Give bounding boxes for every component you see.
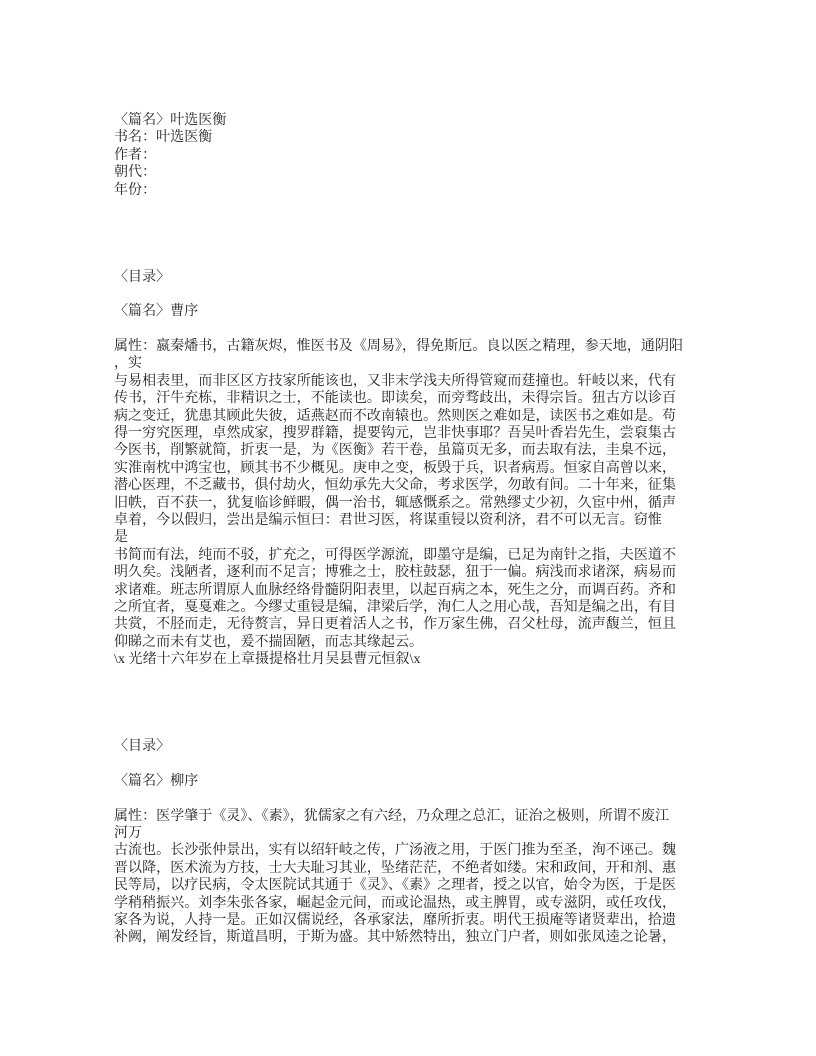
- text-line: 旧帙，百不获一，犹复临诊鲜暇，偶一治书，辄感慨系之。常熟缪丈少初，久宦中州，循声: [114, 495, 710, 512]
- text-line: 年份：: [114, 182, 710, 199]
- text-line: 明久矣。浅陋者，逐利而不足言；博雅之士，胶柱鼓瑟，狃于一偏。病浅而求诸深，病易而: [114, 564, 710, 581]
- text-line: 传书，汗牛充栋，非精识之士，不能读也。即读矣，而旁骛歧出，未得宗旨。狃古方以诊百: [114, 390, 710, 407]
- text-line: [114, 790, 710, 807]
- text-line: 补阙，阐发经旨，斯道昌明，于斯为盛。其中矫然特出，独立门户者，则如张凤逵之论暑，: [114, 929, 710, 946]
- text-line: 实淮南枕中鸿宝也，顾其书不少概见。庚申之变，板毁于兵，识者病焉。恒家自高曾以来，: [114, 460, 710, 477]
- text-line: [114, 703, 710, 720]
- text-line: 与易相表里，而非区区方技家所能该也，又非末学浅夫所得管窥而莛撞也。轩岐以来，代有: [114, 373, 710, 390]
- text-line: [114, 321, 710, 338]
- text-line: 〈目录〉: [114, 738, 710, 755]
- text-line: 得一穷究医理，卓然成家，搜罗群籍，提要钩元，岂非快事耶？吾吴叶香岩先生，尝裒集古: [114, 425, 710, 442]
- text-line: 古流也。长沙张仲景出，实有以绍轩岐之传，广汤液之用，于医门推为至圣，洵不诬己。魏: [114, 842, 710, 859]
- text-line: 作者：: [114, 147, 710, 164]
- text-line: 书名：叶选医衡: [114, 129, 710, 146]
- text-line: 仰睇之而未有艾也，爰不揣固陋，而志其缘起云。: [114, 634, 710, 651]
- text-line: [114, 755, 710, 772]
- text-line: [114, 686, 710, 703]
- text-line: [114, 216, 710, 233]
- text-line: 书简而有法，纯而不驳，扩充之，可得医学源流，即墨守是编，已足为南针之指，夫医道不: [114, 547, 710, 564]
- document-page: 〈篇名〉叶选医衡书名：叶选医衡作者：朝代：年份：〈目录〉〈篇名〉曹序属性：嬴秦燔…: [0, 0, 816, 1056]
- text-line: 晋以降，医术流为方技，士大夫耻习其业，坠绪茫茫，不绝者如缕。宋和政间，开和剂、惠: [114, 860, 710, 877]
- text-line: \x 光绪十六年岁在上章摄提格壮月吴县曹元恒叙\x: [114, 651, 710, 668]
- text-line: ，实: [114, 355, 710, 372]
- text-line: 〈篇名〉曹序: [114, 303, 710, 320]
- text-line: [114, 234, 710, 251]
- text-line: 求诸难。班志所谓原人血脉经络骨髓阴阳表里，以起百病之本，死生之分，而调百药。齐和: [114, 582, 710, 599]
- text-line: [114, 251, 710, 268]
- text-line: 朝代：: [114, 164, 710, 181]
- text-line: 民等局，以疗民病，令太医院试其通于《灵》、《素》之理者，授之以官，始令为医，于是…: [114, 877, 710, 894]
- text-line: 家各为说，人持一是。正如汉儒说经，各承家法，靡所折衷。明代王损庵等诸贤辈出，拾遗: [114, 912, 710, 929]
- text-line: 卓着，今以假归，尝出是编示恒曰：君世习医，将谋重锓以资利济，君不可以无言。窃惟: [114, 512, 710, 529]
- text-line: 是: [114, 529, 710, 546]
- text-line: 潜心医理，不乏藏书，俱付劫火，恒幼承先大父命，考求医学，勿敢有间。二十年来，征集: [114, 477, 710, 494]
- text-line: 今医书，削繁就简，折衷一是，为《医衡》若干卷，虽篇页无多，而去取有法，圭臬不远，: [114, 442, 710, 459]
- text-line: 〈篇名〉叶选医衡: [114, 112, 710, 129]
- text-line: 属性：嬴秦燔书，古籍灰烬，惟医书及《周易》，得免斯厄。良以医之精理，参天地，通阴…: [114, 338, 710, 355]
- text-line: 〈目录〉: [114, 269, 710, 286]
- document-text: 〈篇名〉叶选医衡书名：叶选医衡作者：朝代：年份：〈目录〉〈篇名〉曹序属性：嬴秦燔…: [114, 112, 710, 947]
- text-line: [114, 286, 710, 303]
- text-line: 之所宜者，戛戛难之。今缪丈重锓是编，津梁后学，洵仁人之用心哉，吾知是编之出，有目: [114, 599, 710, 616]
- text-line: 属性：医学肇于《灵》、《素》，犹儒家之有六经，乃众理之总汇，证治之极则，所谓不废…: [114, 808, 710, 825]
- text-line: 〈篇名〉柳序: [114, 773, 710, 790]
- text-line: [114, 669, 710, 686]
- text-line: 河万: [114, 825, 710, 842]
- text-line: [114, 199, 710, 216]
- text-line: 病之变迁，犹患其顾此失彼，适燕赵而不改南辕也。然则医之难如是，读医书之难如是。苟: [114, 408, 710, 425]
- text-line: 共赏，不胫而走，无待赘言，异日更着活人之书，作万家生佛，召父杜母，流声馥兰，恒且: [114, 616, 710, 633]
- text-line: [114, 721, 710, 738]
- text-line: 学稍稍振兴。刘李朱张各家，崛起金元间，而或论温热，或主脾胃，或专滋阴，或任攻伐，: [114, 895, 710, 912]
